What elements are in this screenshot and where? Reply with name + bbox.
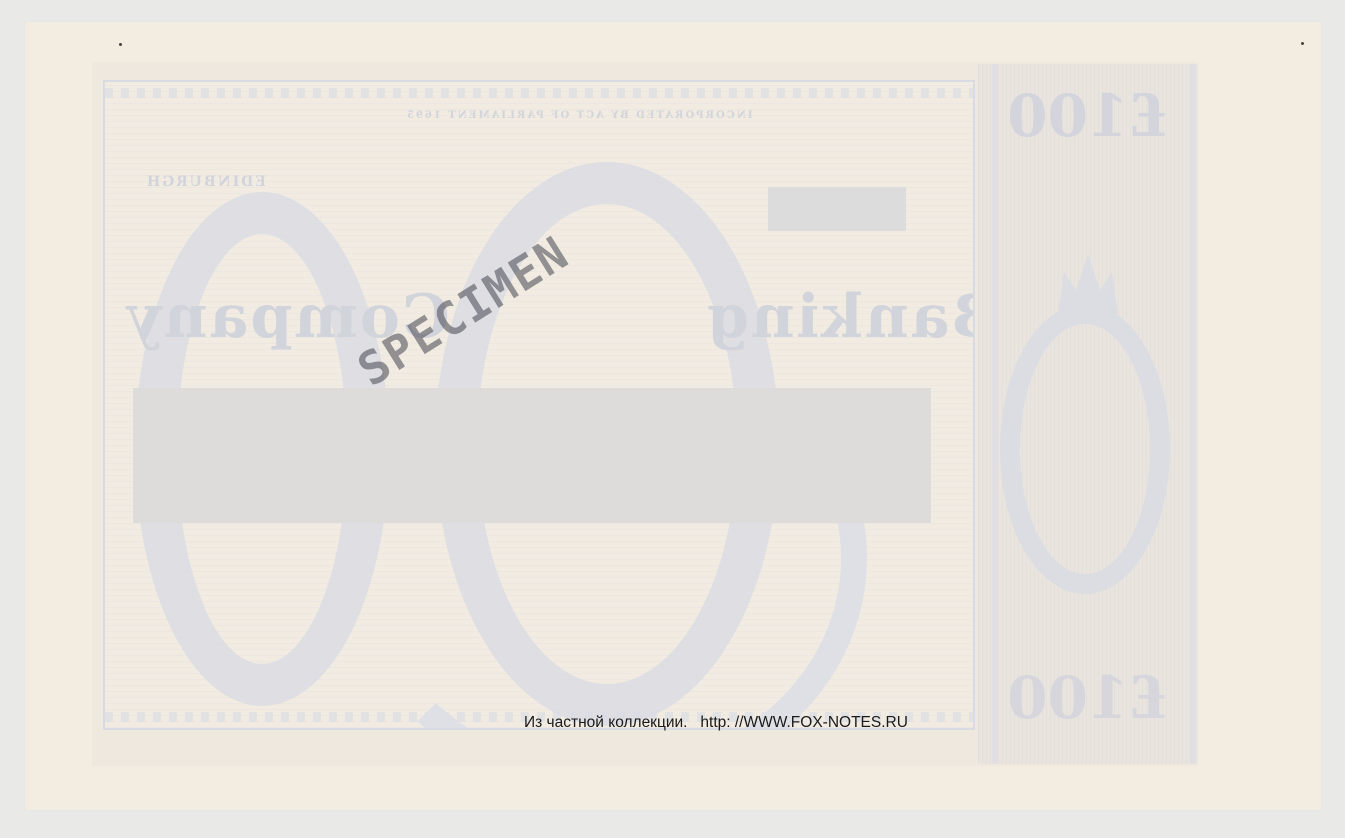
title-banking-mirrored: Banking [705,282,975,352]
denomination-bottom: £100 [978,664,1198,732]
dust-speck [1301,42,1304,45]
vignette-oval [1000,304,1170,594]
collection-caption: Из частной коллекции. http: //WWW.FOX-NO… [524,714,908,732]
place-name-mirrored: EDINBURGH [145,174,266,190]
denomination-top: £100 [978,82,1198,150]
top-border-ornament [105,88,973,98]
dust-speck [119,43,122,46]
serial-number-box [768,187,906,231]
arc-text-mirrored: INCORPORATED BY ACT OF PARLIAMENT 1695 [405,110,753,121]
denomination-strip: £100 £100 [978,64,1198,764]
